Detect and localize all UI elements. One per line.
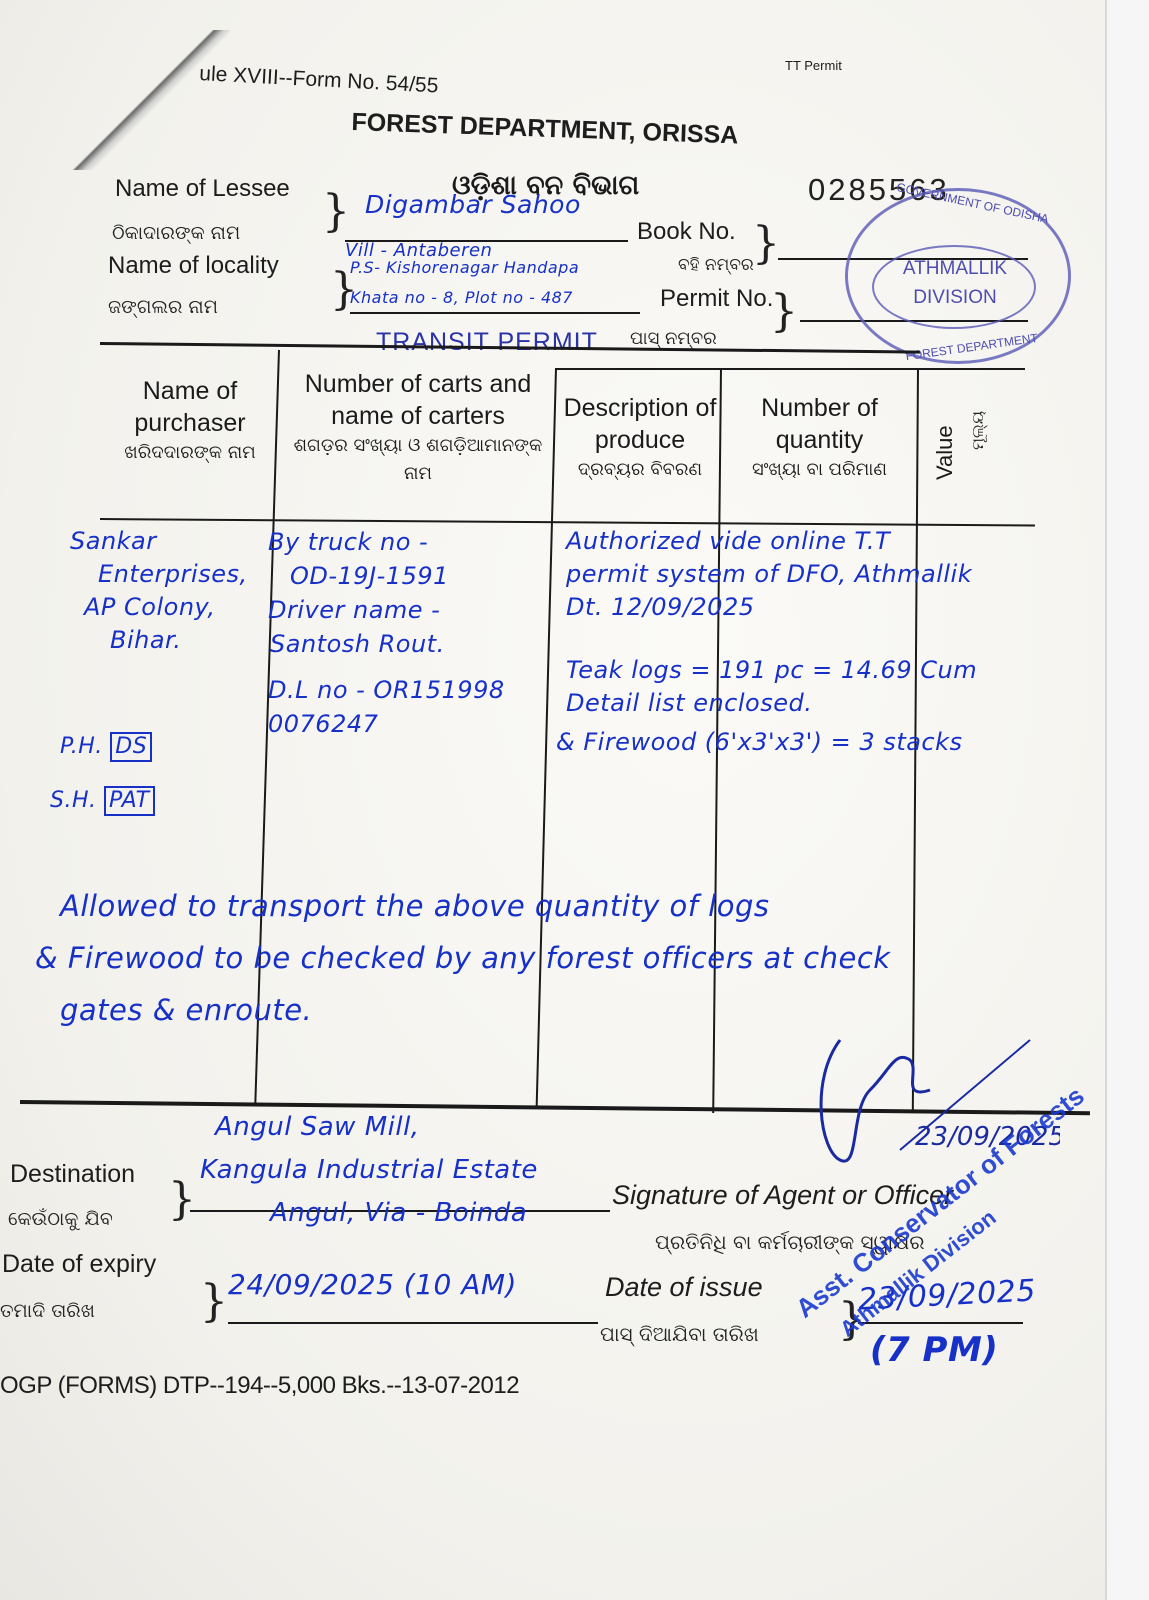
purchaser-cell[interactable]: Sankar Enterprises, AP Colony, Bihar. — [70, 525, 248, 657]
remarks-line: gates & enroute. — [60, 984, 891, 1036]
column-header-purchaser: Name of purchaser ଖରିଦଦାରଙ୍କ ନାମ — [105, 375, 275, 467]
locality-value-line1[interactable]: P.S- Kishorenagar Handapa — [350, 258, 579, 277]
lessee-value[interactable]: Digambar Sahoo — [365, 190, 581, 219]
lessee-brace: } — [322, 190, 350, 234]
carts-line: Santosh Rout. — [268, 627, 505, 661]
ph-label: P.H. — [60, 734, 103, 759]
permit-type-tag: TT Permit — [785, 58, 842, 73]
table-top-rule-right — [555, 368, 1025, 370]
expiry-value[interactable]: 24/09/2025 (10 AM) — [228, 1268, 517, 1301]
column-header-quantity: Number of quantity ସଂଖ୍ୟା ବା ପରିମାଣ — [722, 392, 917, 484]
seal-text-line1: ATHMALLIK — [880, 258, 1030, 280]
adjacent-page-edge — [1105, 0, 1149, 1600]
sh-label: S.H. — [50, 788, 97, 813]
transit-permit-title: TRANSIT PERMIT — [376, 328, 598, 357]
print-imprint: OGP (FORMS) DTP--194--5,000 Bks.--13-07-… — [0, 1372, 519, 1400]
column-header-quantity-en: Number of quantity — [761, 394, 878, 454]
carts-cell[interactable]: By truck no - OD-19J-1591 Driver name - … — [268, 525, 505, 741]
column-header-description-od: ଦ୍ରବ୍ୟର ବିବରଣ — [560, 456, 720, 484]
description-line: Teak logs = 191 pc = 14.69 Cum — [566, 654, 977, 687]
issue-label-odia: ପାସ୍ ଦିଆଯିବା ତାରିଖ — [600, 1322, 759, 1346]
destination-label-odia: କେଉଁଠାକୁ ଯିବ — [8, 1208, 113, 1230]
column-header-value: Value — [932, 425, 958, 480]
purchaser-line: AP Colony, — [70, 591, 248, 624]
column-header-carts-en: Number of carts and name of carters — [305, 370, 532, 430]
column-header-purchaser-od: ଖରିଦଦାରଙ୍କ ନାମ — [105, 439, 275, 467]
purchaser-line: Enterprises, — [70, 558, 248, 591]
book-no-label: Book No. — [637, 218, 736, 246]
ph-code: P.H. DS — [60, 732, 152, 762]
issue-label: Date of issue — [605, 1272, 763, 1303]
locality-label-odia: ଜଙ୍ଗଲର ନାମ — [108, 296, 218, 318]
expiry-underline — [228, 1322, 598, 1324]
ph-value-box: DS — [110, 732, 152, 762]
expiry-brace: } — [200, 1280, 228, 1324]
column-header-description-en: Description of produce — [564, 394, 717, 454]
signature-label: Signature of Agent or Officer — [612, 1180, 953, 1211]
column-header-carts-od: ଶଗଡ଼ର ସଂଖ୍ୟା ଓ ଶଗଡ଼ିଆମାନଙ୍କ ନାମ — [282, 432, 554, 488]
purchaser-line: Bihar. — [70, 624, 248, 657]
book-no-brace: } — [752, 222, 780, 266]
destination-line3[interactable]: Angul, Via - Boinda — [270, 1198, 527, 1228]
transit-permit-title-odia: ପାସ୍ ନମ୍ବର — [630, 328, 717, 349]
remarks-line: Allowed to transport the above quantity … — [60, 880, 891, 932]
locality-label: Name of locality — [108, 252, 279, 280]
description-line: permit system of DFO, Athmallik — [566, 558, 977, 591]
column-header-quantity-od: ସଂଖ୍ୟା ବା ପରିମାଣ — [722, 456, 917, 484]
issue-underline — [858, 1322, 1023, 1324]
sh-code: S.H. PAT — [50, 786, 155, 816]
sh-value-box: PAT — [104, 786, 155, 816]
locality-underline — [350, 312, 640, 314]
permit-no-brace: } — [770, 290, 798, 334]
lessee-label-odia: ଠିକାଦାରଙ୍କ ନାମ — [112, 222, 240, 244]
carts-line: Driver name - — [268, 593, 505, 627]
permit-no-label: Permit No. — [660, 285, 773, 313]
description-line: & Firewood (6'x3'x3') = 3 stacks — [556, 726, 977, 759]
issue-time-value[interactable]: (7 PM) — [870, 1330, 998, 1370]
column-header-value-od: ମୂଲ୍ୟ — [968, 411, 988, 450]
remarks-text[interactable]: Allowed to transport the above quantity … — [60, 880, 891, 1036]
carts-line: 0076247 — [268, 707, 505, 741]
carts-line: D.L no - OR151998 — [268, 673, 505, 707]
seal-text-line2: DIVISION — [880, 287, 1030, 309]
destination-line1[interactable]: Angul Saw Mill, — [215, 1112, 420, 1142]
destination-brace: } — [168, 1178, 196, 1222]
description-line: Authorized vide online T.T — [566, 525, 977, 558]
carts-line: By truck no - — [268, 525, 505, 559]
locality-value-line2[interactable]: Khata no - 8, Plot no - 487 — [350, 288, 573, 307]
remarks-line: & Firewood to be checked by any forest o… — [35, 932, 891, 984]
carts-line: OD-19J-1591 — [268, 559, 505, 593]
column-header-carts: Number of carts and name of carters ଶଗଡ଼… — [282, 368, 554, 488]
description-line: Detail list enclosed. — [566, 687, 977, 720]
page-fold-mark — [60, 30, 230, 170]
description-cell[interactable]: Authorized vide online T.T permit system… — [566, 525, 977, 759]
expiry-label: Date of expiry — [2, 1250, 156, 1279]
description-line: Dt. 12/09/2025 — [566, 591, 977, 624]
destination-label: Destination — [10, 1160, 135, 1189]
column-header-description: Description of produce ଦ୍ରବ୍ୟର ବିବରଣ — [560, 392, 720, 484]
destination-line2[interactable]: Kangula Industrial Estate — [200, 1155, 538, 1185]
purchaser-line: Sankar — [70, 525, 248, 558]
lessee-label: Name of Lessee — [115, 175, 290, 203]
column-header-purchaser-en: Name of purchaser — [134, 377, 245, 437]
expiry-label-odia: ତମାଦି ତାରିଖ — [0, 1300, 95, 1322]
book-no-label-odia: ବହି ନମ୍ବର — [678, 255, 754, 275]
